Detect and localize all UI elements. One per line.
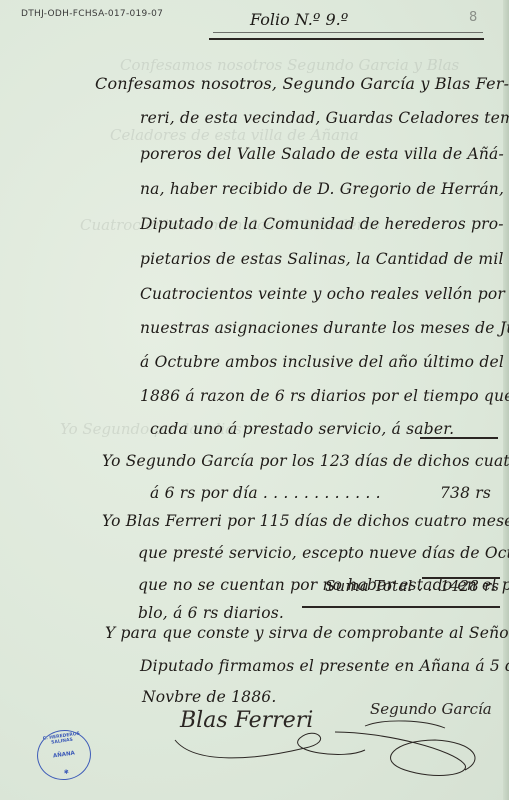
stamp-center-text: AÑANA [53,751,76,760]
folio-underline-thin [213,32,483,33]
total-label: Suma Total . . . [325,577,442,595]
archive-reference-id: DTHJ-ODH-FCHSA-017-019-07 [21,9,163,19]
body-line: poreros del Valle Salado de esta villa d… [140,145,504,163]
closing-line: Novbre de 1886. [142,688,276,706]
entry-line: á 6 rs por día . . . . . . . . . . . . [150,484,381,502]
page-number: 8 [469,10,477,25]
closing-line: Diputado firmamos el presente en Añana á… [140,657,509,675]
total-underline [302,606,500,608]
body-line: reri, de esta vecindad, Guardas Celadore… [140,109,509,127]
body-line: nuestras asignaciones durante los meses … [140,319,509,337]
body-line: pietarios de estas Salinas, la Cantidad … [140,250,504,268]
body-line: na, haber recibido de D. Gregorio de Her… [140,180,504,198]
folio-heading: Folio N.º 9.º [250,10,348,29]
archive-stamp: C. HEREDEROS SALINAS AÑANA ✱ [34,726,94,783]
body-line: cada uno á prestado servicio, á saber. [150,420,454,438]
body-line: Confesamos nosotros, Segundo García y Bl… [95,74,509,93]
manuscript-page: Confesamos nosotros Segundo Garcia y Bla… [0,0,509,800]
body-line: á Octubre ambos inclusive del año último… [140,353,504,371]
entry-line: que presté servicio, escepto nueve días … [138,544,509,562]
entry-amount: 738 rs [440,484,491,502]
signature-segundo-garcia: Segundo García [370,700,492,718]
line-filler-rule [420,437,498,439]
body-line: Diputado de la Comunidad de herederos pr… [140,215,504,233]
body-line: 1886 á razon de 6 rs diarios por el tiem… [140,387,509,405]
entry-line: Yo Blas Ferreri por 115 días de dichos c… [102,512,509,530]
entry-line: blo, á 6 rs diarios. [138,604,284,622]
bleed-through-text: Celadores de esta villa de Añana [110,126,359,144]
total-amount: 1428 rs [440,577,499,595]
signature-flourish-icon [165,720,505,785]
entry-line: Yo Segundo García por los 123 días de di… [102,452,509,470]
closing-line: Y para que conste y sirva de comprobante… [105,624,509,642]
body-line: Cuatrocientos veinte y ocho reales velló… [140,285,505,303]
star-icon: ✱ [40,765,92,779]
folio-underline [209,38,484,40]
stamp-ring-text: C. HEREDEROS SALINAS [35,731,88,748]
bleed-through-text: Confesamos nosotros Segundo Garcia y Bla… [120,56,459,74]
